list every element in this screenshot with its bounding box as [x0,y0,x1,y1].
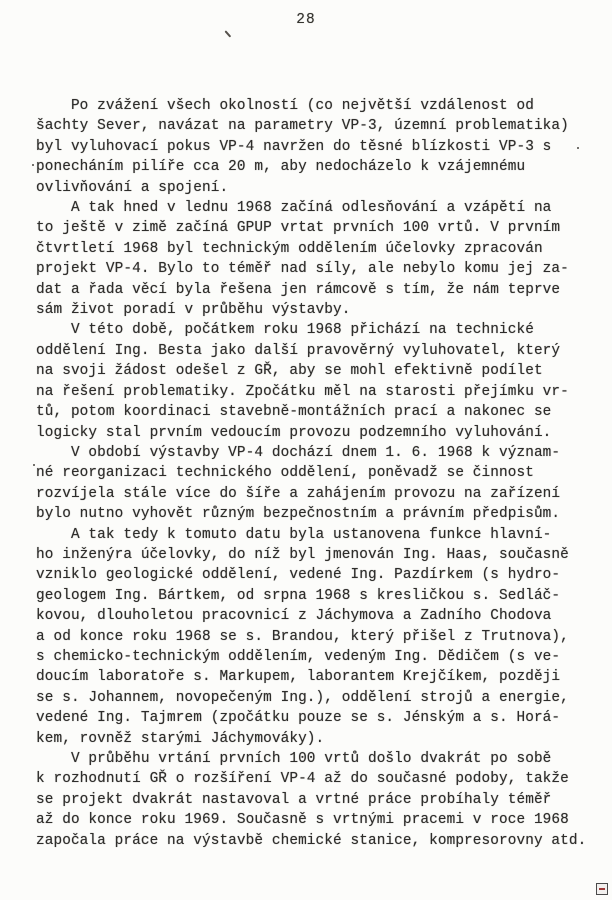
paragraph: A tak hned v lednu 1968 začíná odlesňová… [36,198,596,320]
scan-artifact-mark [225,30,232,37]
paragraph: V průběhu vrtání prvních 100 vrtů došlo … [36,749,596,851]
page-number: 28 [0,12,612,28]
paragraph: V této době, počátkem roku 1968 přichází… [36,320,596,442]
paragraph: A tak tedy k tomuto datu byla ustanovena… [36,525,596,749]
scan-speck [33,464,35,466]
document-body: Po zvážení všech okolností (co největší … [36,96,596,851]
scan-speck [32,164,34,166]
paragraph: V období výstavby VP-4 dochází dnem 1. 6… [36,443,596,525]
broken-image-icon [596,883,608,895]
minus-glyph-icon [599,888,605,890]
paragraph: Po zvážení všech okolností (co největší … [36,96,596,198]
document-page: 28 Po zvážení všech okolností (co největ… [0,0,612,900]
